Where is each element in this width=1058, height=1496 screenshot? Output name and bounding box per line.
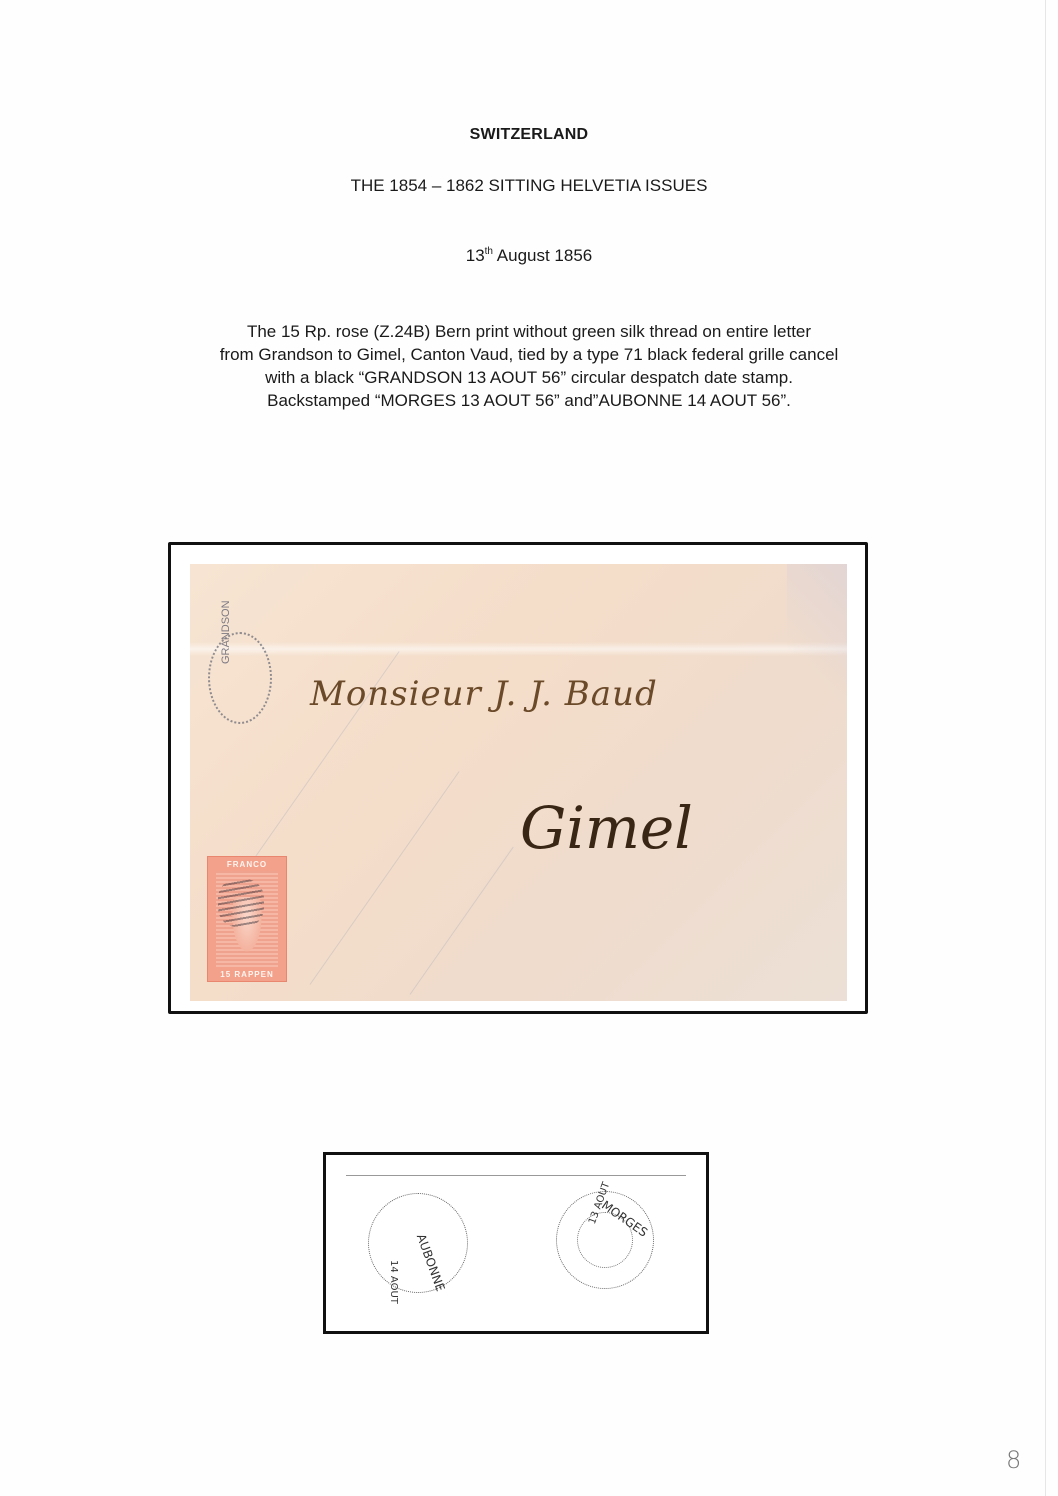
cover-description: The 15 Rp. rose (Z.24B) Bern print witho… bbox=[0, 320, 1058, 412]
cover-mount: GRANDSON Monsieur J. J. Baud Gimel FRANC… bbox=[168, 542, 868, 1014]
address-line-1: Monsieur J. J. Baud bbox=[310, 674, 658, 714]
backstamp-mount: AUBONNE 14 AOUT MORGES 13 AOUT bbox=[323, 1152, 709, 1334]
date-day: 13 bbox=[466, 246, 485, 265]
stamp-top-label: FRANCO bbox=[208, 860, 286, 869]
grille-cancel bbox=[218, 879, 264, 927]
description-line: The 15 Rp. rose (Z.24B) Bern print witho… bbox=[0, 320, 1058, 343]
aubonne-backstamp: AUBONNE 14 AOUT bbox=[368, 1193, 468, 1293]
cover-date: 13th August 1856 bbox=[0, 246, 1058, 266]
issue-title: THE 1854 – 1862 SITTING HELVETIA ISSUES bbox=[0, 176, 1058, 196]
album-page: SWITZERLAND THE 1854 – 1862 SITTING HELV… bbox=[0, 0, 1058, 1496]
sitting-helvetia-stamp: FRANCO 15 RAPPEN bbox=[207, 856, 287, 982]
page-number: 8 bbox=[1006, 1446, 1021, 1474]
page-edge bbox=[1045, 0, 1046, 1496]
entire-letter-cover: GRANDSON Monsieur J. J. Baud Gimel FRANC… bbox=[190, 564, 847, 1001]
aubonne-date: 14 AOUT bbox=[388, 1260, 399, 1304]
postmark-text: GRANDSON bbox=[220, 600, 232, 664]
date-suffix: th bbox=[485, 246, 493, 257]
description-line: from Grandson to Gimel, Canton Vaud, tie… bbox=[0, 343, 1058, 366]
description-line: Backstamped “MORGES 13 AOUT 56” and”AUBO… bbox=[0, 389, 1058, 412]
aubonne-town: AUBONNE bbox=[414, 1232, 448, 1293]
back-flap-line bbox=[346, 1175, 686, 1176]
date-rest: August 1856 bbox=[493, 246, 592, 265]
grandson-postmark: GRANDSON bbox=[208, 632, 272, 724]
fold-line bbox=[410, 847, 514, 995]
description-line: with a black “GRANDSON 13 AOUT 56” circu… bbox=[0, 366, 1058, 389]
morges-backstamp: MORGES 13 AOUT bbox=[556, 1191, 654, 1289]
stamp-value-label: 15 RAPPEN bbox=[208, 970, 286, 979]
page-title: SWITZERLAND bbox=[0, 126, 1058, 144]
address-line-2: Gimel bbox=[520, 794, 693, 862]
